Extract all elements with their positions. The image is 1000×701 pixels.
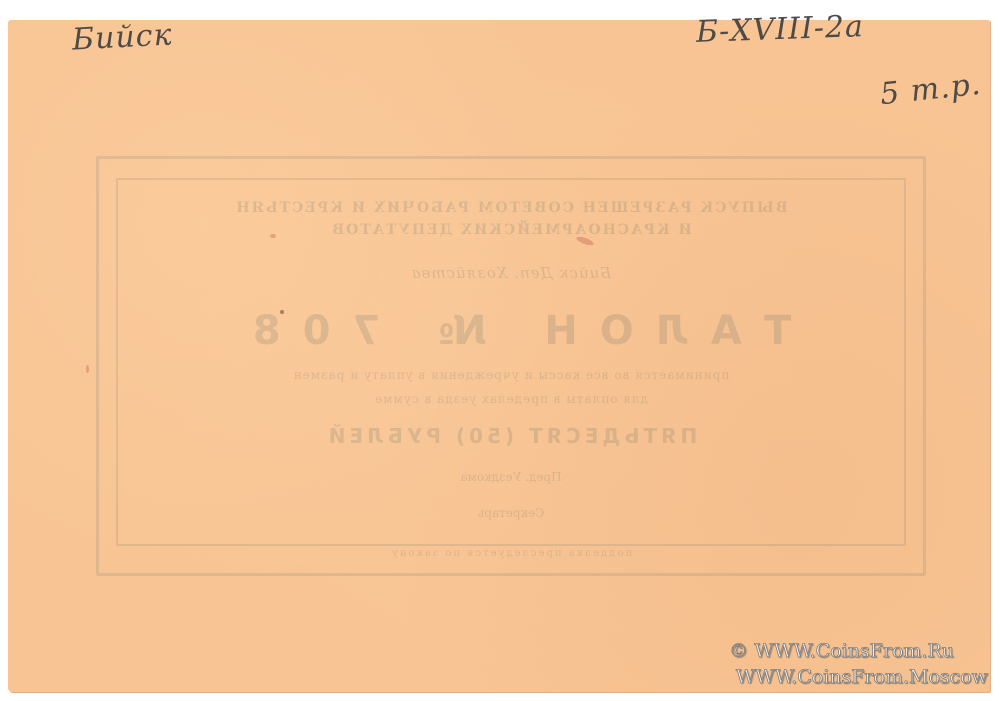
showthrough-header-2: И КРАСНОАРМЕЙСКИХ ДЕПУТАТОВ [96, 222, 926, 238]
handwritten-catalog-number: Б-XVIII-2а [695, 9, 864, 50]
showthrough-bottom-text: подделка преследуется по закону [96, 548, 926, 559]
showthrough-header-1: ВЫПУСК РАЗРЕШЕН СОВЕТОМ РАБОЧИХ И КРЕСТЬ… [96, 200, 926, 216]
stain-mark [86, 365, 89, 373]
paper-sheet: ВЫПУСК РАЗРЕШЕН СОВЕТОМ РАБОЧИХ И КРЕСТЬ… [8, 20, 990, 692]
stain-mark [270, 234, 276, 238]
showthrough-amount: ПЯТЬДЕСЯТ (50) РУБЛЕЙ [96, 424, 926, 448]
showthrough-signature-1: Пред. Уездкома [96, 470, 926, 484]
stain-mark [280, 310, 284, 314]
showthrough-signature-2: Секретарь [96, 506, 926, 520]
handwritten-city: Бийск [71, 17, 173, 57]
watermark-line-2: WWW.CoinsFrom.Moscow [736, 666, 988, 688]
showthrough-title: ТАЛОН № 708 [96, 308, 926, 354]
showthrough-issuer: Бийск Деп. Хозяйства [96, 264, 926, 282]
watermark-line-1: © WWW.CoinsFrom.Ru [729, 640, 954, 662]
showthrough-text-2: для оплаты в пределах уезда в сумме [96, 392, 926, 406]
showthrough-text-1: принимается во все кассы и учреждения в … [96, 368, 926, 382]
showthrough-print: ВЫПУСК РАЗРЕШЕН СОВЕТОМ РАБОЧИХ И КРЕСТЬ… [96, 156, 926, 576]
